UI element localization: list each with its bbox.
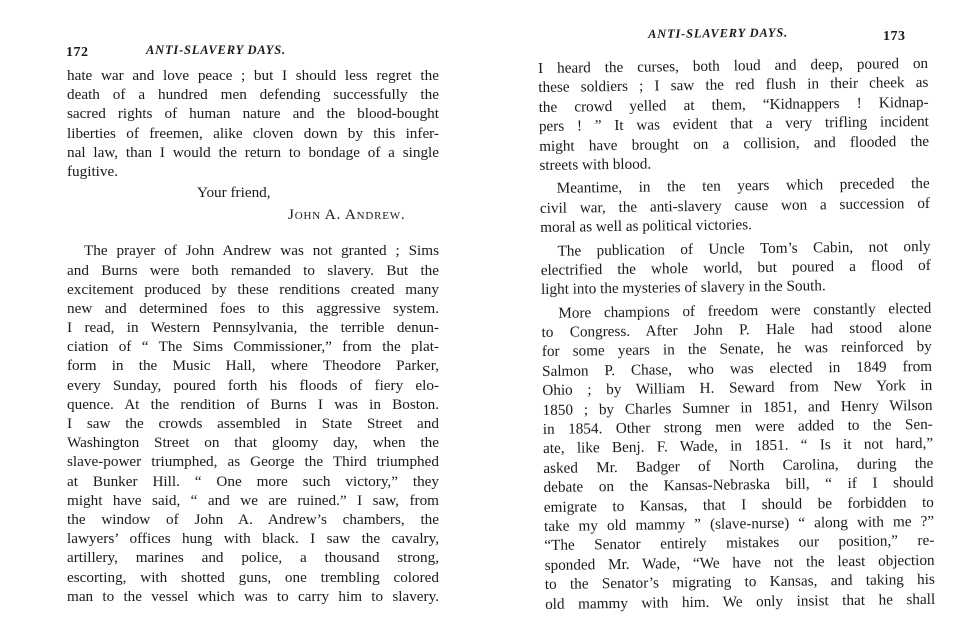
right-page-body: I heard the curses, both loud and deep, …: [538, 54, 935, 614]
letter-continuation: hate war and love peace ; but I should l…: [67, 66, 439, 181]
running-head: ANTI-SLAVERY DAYS.: [146, 43, 286, 58]
text-line: escorting, with shotted guns, one trembl…: [67, 568, 439, 587]
running-head: ANTI-SLAVERY DAYS.: [648, 26, 788, 42]
text-line: at Bunker Hill. “ One more such victory,…: [67, 472, 439, 491]
paragraph: I heard the curses, both loud and deep, …: [538, 54, 929, 175]
text-line: liberties of freemen, alike cloven down …: [67, 124, 439, 143]
text-line: and Burns were both remanded to slavery.…: [67, 261, 439, 280]
text-line: quence. At the rendition of Burns I was …: [67, 395, 439, 414]
text-line: lawyers’ offices hung with black. I saw …: [67, 529, 439, 548]
text-line: The prayer of John Andrew was not grante…: [67, 241, 439, 260]
text-line: I read, in Western Pennsylvania, the ter…: [67, 318, 439, 337]
text-line: I saw the crowds assembled in State Stre…: [67, 414, 439, 433]
text-line: Washington Street on that gloomy day, wh…: [67, 433, 439, 452]
text-line: every Sunday, poured forth his floods of…: [67, 376, 439, 395]
letter-signature: John A. Andrew.: [67, 202, 439, 229]
page-number: 173: [883, 29, 906, 45]
text-line: form in the Music Hall, where Theodore P…: [67, 356, 439, 375]
text-line: nal law, than I would the return to bond…: [67, 143, 439, 162]
left-page: 172 ANTI-SLAVERY DAYS. hate war and love…: [0, 0, 490, 631]
text-line: hate war and love peace ; but I should l…: [67, 66, 439, 85]
text-line: slave-power triumphed, as George the Thi…: [67, 452, 439, 471]
right-page: ANTI-SLAVERY DAYS. 173 I heard the curse…: [490, 0, 980, 631]
paragraph: The publication of Uncle Tom’s Cabin, no…: [540, 236, 931, 299]
letter-closing: Your friend,: [67, 183, 439, 202]
page-number: 172: [66, 45, 89, 61]
text-line: excitement produced by these renditions …: [67, 280, 439, 299]
text-line: fugitive.: [67, 162, 439, 181]
paragraph: The prayer of John Andrew was not grante…: [67, 241, 439, 606]
text-line: death of a hundred men defending success…: [67, 85, 439, 104]
text-line: sacred rights of human nature and the bl…: [67, 104, 439, 123]
text-line: might have said, “ and we are ruined.” I…: [67, 491, 439, 510]
text-line: artillery, marines and police, a thousan…: [67, 548, 439, 567]
text-line: new and determined foes to this aggressi…: [67, 299, 439, 318]
text-line: ciation of “ The Sims Commissioner,” fro…: [67, 337, 439, 356]
paragraph-gap: [67, 229, 439, 241]
text-line: man to the vessel which was to carry him…: [67, 587, 439, 606]
paragraph: Meantime, in the ten years which precede…: [540, 174, 931, 237]
paragraph: More champions of freedom were constantl…: [541, 299, 935, 614]
text-line: the window of John A. Andrew’s chambers,…: [67, 510, 439, 529]
left-page-body: hate war and love peace ; but I should l…: [67, 66, 439, 606]
